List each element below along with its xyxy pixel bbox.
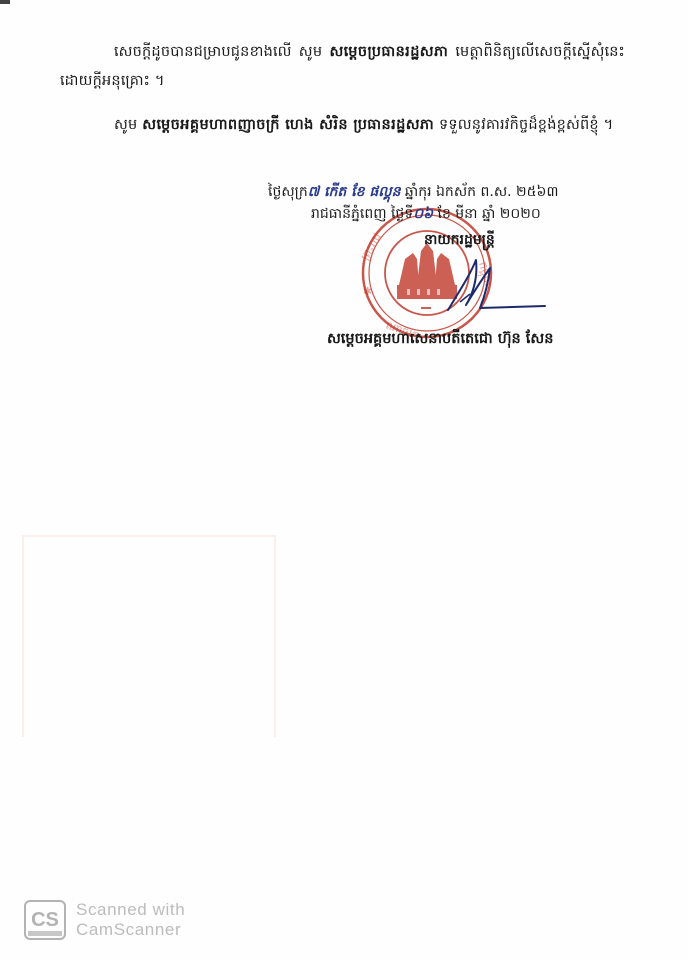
- handwritten-lunar-date: ៧ កើត ខែ ផល្គុន: [308, 184, 401, 200]
- handwritten-signature-icon: [440, 250, 550, 320]
- camscanner-watermark: CS Scanned with CamScanner: [24, 900, 185, 940]
- show-through-mark: [22, 535, 276, 737]
- svg-text:ព្រះរាជ: ព្រះរាជ: [358, 231, 384, 263]
- paragraph-request: សេចក្ដីដូចបានជម្រាបជូនខាងលើ សូម សម្ដេចប្…: [60, 38, 625, 96]
- signer-title: នាយករដ្ឋមន្ត្រី: [424, 230, 495, 251]
- solar-date-line: រាជធានីភ្នំពេញ ថ្ងៃទី០៦ ខែ មីនា ឆ្នាំ ២០…: [311, 204, 541, 225]
- handwritten-day: ០៦: [413, 206, 433, 222]
- signer-name: សម្ដេចអគ្គមហាសេនាបតីតេជោ ហ៊ុន សែន: [327, 330, 553, 351]
- lunar-date-line: ថ្ងៃសុក្រ៧ កើត ខែ ផល្គុន ឆ្នាំកុរ ឯកស័ក …: [268, 182, 558, 203]
- watermark-text: Scanned with CamScanner: [76, 900, 185, 940]
- camscanner-logo-icon: CS: [24, 900, 66, 940]
- paragraph-text: សូម: [114, 117, 142, 133]
- addressee-name: សម្ដេចប្រធានរដ្ឋសភា: [329, 44, 448, 60]
- paragraph-text: សេចក្ដីដូចបានជម្រាបជូនខាងលើ សូម: [114, 44, 329, 60]
- paragraph-text: ទទួលនូវគារវកិច្ចដ៏ខ្ពង់ខ្ពស់ពីខ្ញុំ ។: [434, 117, 613, 133]
- svg-text:✱: ✱: [363, 285, 372, 298]
- paragraph-closing: សូម សម្ដេចអគ្គមហាពញាចក្រី ហេង សំរិន ប្រធ…: [60, 111, 625, 140]
- document-page: សេចក្ដីដូចបានជម្រាបជូនខាងលើ សូម សម្ដេចប្…: [0, 0, 688, 960]
- scan-edge-mark: [0, 0, 10, 4]
- addressee-full-name: សម្ដេចអគ្គមហាពញាចក្រី ហេង សំរិន ប្រធានរដ…: [142, 117, 434, 133]
